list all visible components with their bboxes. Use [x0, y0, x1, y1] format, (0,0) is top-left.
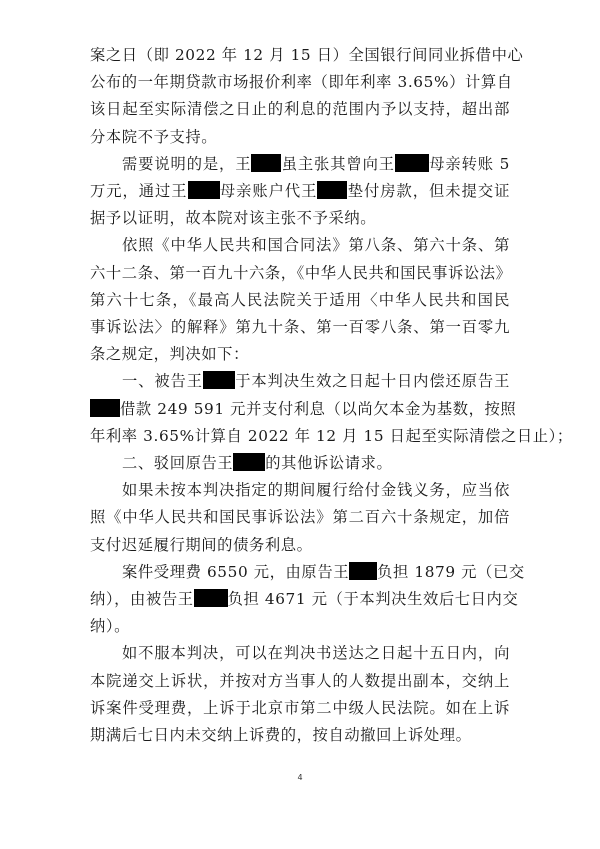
text-line: 该日起至实际清偿之日止的利息的范围内予以支持，超出部: [90, 96, 510, 123]
text-segment: 母亲转账 5: [429, 155, 510, 173]
text-segment: 万元，通过王: [90, 182, 188, 200]
text-segment: 依照《中华人民共和国合同法》第八条、第六十条、第: [122, 236, 510, 254]
text-segment: 案之日（即 2022 年 12 月 15 日）全国银行间同业拆借中心: [90, 46, 523, 64]
document-page: 案之日（即 2022 年 12 月 15 日）全国银行间同业拆借中心 公布的一年…: [0, 0, 600, 849]
text-segment: 如果未按本判决指定的期间履行给付金钱义务，应当依: [122, 481, 510, 499]
text-segment: 虽主张其曾向王: [281, 155, 395, 173]
text-line: 公布的一年期贷款市场报价利率（即年利率 3.65%）计算自: [90, 69, 510, 96]
text-segment: 条之规定，判决如下：: [90, 345, 249, 363]
redaction-block: [194, 589, 228, 607]
text-line: 条之规定，判决如下：: [90, 341, 510, 368]
text-segment: 垫付房款，但未提交证: [347, 182, 510, 200]
text-segment: 年利率 3.65%计算自 2022 年 12 月 15 日起至实际清偿之日止）；: [90, 427, 573, 445]
text-segment: 支付迟延履行期间的债务利息。: [90, 536, 313, 554]
text-line: 第六十七条，《最高人民法院关于适用〈中华人民共和国民: [90, 287, 510, 314]
text-segment: 纳），由被告王: [90, 590, 194, 608]
text-segment: 第六十七条，《最高人民法院关于适用〈中华人民共和国民: [90, 291, 510, 309]
text-segment: 期满后七日内未交纳上诉费的，按自动撤回上诉处理。: [90, 726, 472, 744]
text-segment: 据予以证明，故本院对该主张不予采纳。: [90, 209, 376, 227]
text-segment: 一、被告王: [122, 372, 203, 390]
text-line: 据予以证明，故本院对该主张不予采纳。: [90, 205, 510, 232]
text-segment: 照《中华人民共和国民事诉讼法》第二百六十条规定，加倍: [90, 508, 510, 526]
text-segment: 借款 249 591 元并支付利息（以尚欠本金为基数，按照: [120, 400, 516, 418]
text-line: 二、驳回原告王的其他诉讼请求。: [122, 450, 510, 477]
text-line: 依照《中华人民共和国合同法》第八条、第六十条、第: [122, 232, 510, 259]
text-segment: 诉案件受理费，上诉于北京市第二中级人民法院。如在上诉: [90, 699, 510, 717]
text-segment: 分本院不予支持。: [90, 128, 217, 146]
text-line: 六十二条、第一百九十六条，《中华人民共和国民事诉讼法》: [90, 260, 510, 287]
text-segment: 于本判决生效之日起十日内偿还原告王: [235, 372, 510, 390]
text-line: 分本院不予支持。: [90, 124, 510, 151]
redaction-block: [395, 154, 429, 172]
text-line: 一、被告王于本判决生效之日起十日内偿还原告王: [122, 368, 510, 395]
text-line: 支付迟延履行期间的债务利息。: [90, 532, 510, 559]
text-line: 如果未按本判决指定的期间履行给付金钱义务，应当依: [122, 477, 510, 504]
text-segment: 该日起至实际清偿之日止的利息的范围内予以支持，超出部: [90, 100, 510, 118]
text-line: 期满后七日内未交纳上诉费的，按自动撤回上诉处理。: [90, 722, 510, 749]
text-line: 需要说明的是，王虽主张其曾向王母亲转账 5: [122, 151, 510, 178]
redaction-block: [203, 371, 235, 389]
redaction-block: [317, 181, 347, 199]
text-segment: 事诉讼法〉的解释》第九十条、第一百零八条、第一百零九: [90, 318, 510, 336]
text-line: 诉案件受理费，上诉于北京市第二中级人民法院。如在上诉: [90, 695, 510, 722]
text-line: 如不服本判决，可以在判决书送达之日起十五日内，向: [122, 640, 510, 667]
text-line: 借款 249 591 元并支付利息（以尚欠本金为基数，按照: [90, 396, 510, 423]
text-line: 事诉讼法〉的解释》第九十条、第一百零八条、第一百零九: [90, 314, 510, 341]
text-segment: 负担 4671 元（于本判决生效后七日内交: [228, 590, 519, 608]
text-line: 纳）。: [90, 613, 510, 640]
page-number: 4: [0, 773, 600, 782]
text-line: 案之日（即 2022 年 12 月 15 日）全国银行间同业拆借中心: [90, 42, 510, 69]
text-line: 案件受理费 6550 元，由原告王负担 1879 元（已交: [122, 559, 510, 586]
text-line: 照《中华人民共和国民事诉讼法》第二百六十条规定，加倍: [90, 504, 510, 531]
text-segment: 案件受理费 6550 元，由原告王: [122, 563, 349, 581]
text-segment: 母亲账户代王: [220, 182, 318, 200]
redaction-block: [188, 181, 220, 199]
redaction-block: [233, 453, 265, 471]
text-segment: 二、驳回原告王: [122, 454, 233, 472]
text-segment: 纳）。: [90, 617, 130, 635]
text-segment: 需要说明的是，王: [122, 155, 251, 173]
text-line: 本院递交上诉状，并按对方当事人的人数提出副本，交纳上: [90, 668, 510, 695]
text-line: 纳），由被告王负担 4671 元（于本判决生效后七日内交: [90, 586, 510, 613]
text-segment: 如不服本判决，可以在判决书送达之日起十五日内，向: [122, 644, 510, 662]
text-line: 万元，通过王母亲账户代王垫付房款，但未提交证: [90, 178, 510, 205]
redaction-block: [90, 399, 120, 417]
redaction-block: [251, 154, 281, 172]
text-segment: 六十二条、第一百九十六条，《中华人民共和国民事诉讼法》: [90, 264, 512, 282]
redaction-block: [349, 562, 377, 580]
text-segment: 负担 1879 元（已交: [377, 563, 525, 581]
text-segment: 本院递交上诉状，并按对方当事人的人数提出副本，交纳上: [90, 672, 510, 690]
text-segment: 公布的一年期贷款市场报价利率（即年利率 3.65%）计算自: [90, 73, 513, 91]
text-line: 年利率 3.65%计算自 2022 年 12 月 15 日起至实际清偿之日止）；: [90, 423, 510, 450]
text-segment: 的其他诉讼请求。: [265, 454, 392, 472]
